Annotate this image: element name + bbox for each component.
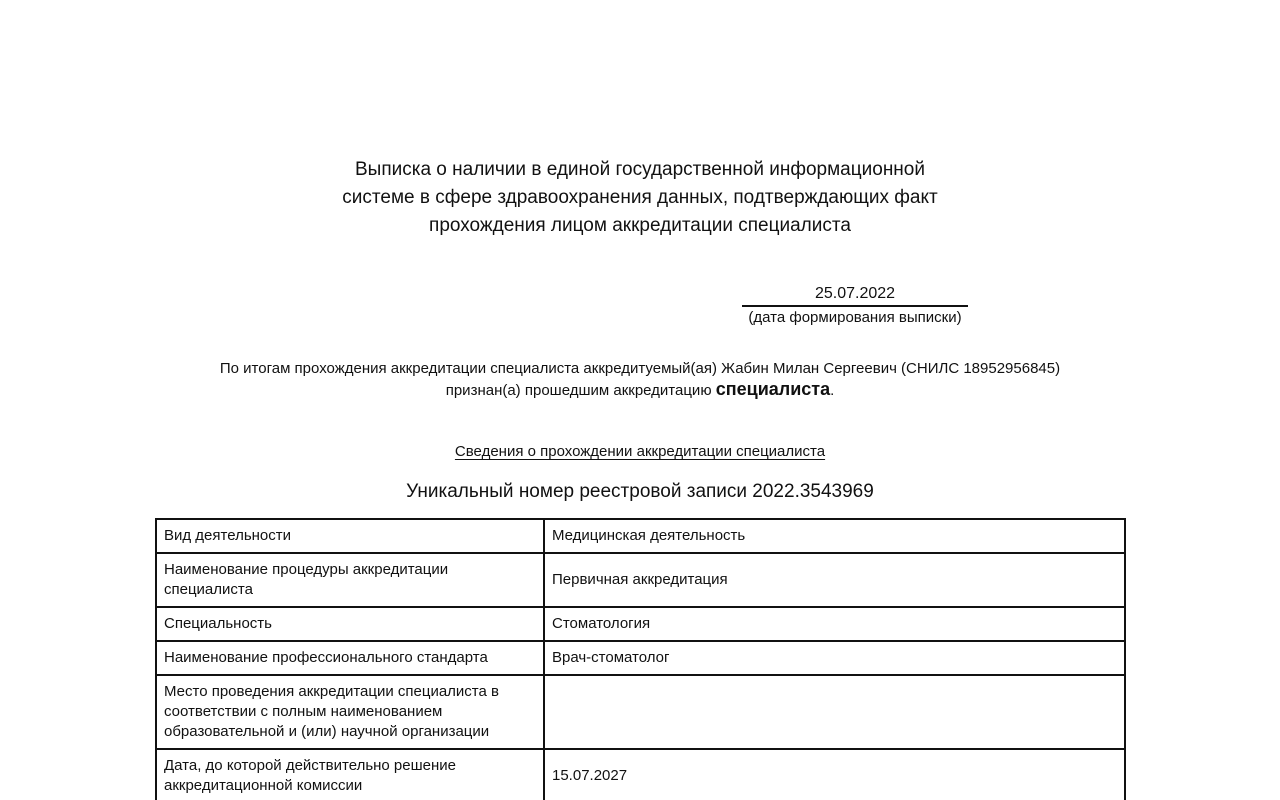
table-row: Специальность Стоматология: [156, 607, 1125, 641]
document-title-line: системе в сфере здравоохранения данных, …: [0, 184, 1280, 212]
row-value: Стоматология: [544, 607, 1125, 641]
row-value: Первичная аккредитация: [544, 553, 1125, 607]
registry-number: Уникальный номер реестровой записи 2022.…: [0, 480, 1280, 504]
row-value: 15.07.2027: [544, 749, 1125, 800]
table-row: Наименование процедуры аккредитации спец…: [156, 553, 1125, 607]
row-label: Наименование процедуры аккредитации спец…: [156, 553, 544, 607]
result-line-2-emphasis: специалиста: [716, 379, 830, 399]
section-heading-text: Сведения о прохождении аккредитации спец…: [455, 443, 825, 460]
accreditation-result-statement: По итогам прохождения аккредитации специ…: [0, 358, 1280, 401]
result-line-1: По итогам прохождения аккредитации специ…: [0, 358, 1280, 379]
table-row: Вид деятельности Медицинская деятельност…: [156, 519, 1125, 553]
result-line-2-suffix: .: [830, 382, 834, 399]
section-heading: Сведения о прохождении аккредитации спец…: [0, 442, 1280, 462]
row-label: Место проведения аккредитации специалист…: [156, 675, 544, 749]
formation-date-block: 25.07.2022 (дата формирования выписки): [738, 284, 972, 328]
result-line-2-prefix: признан(а) прошедшим аккредитацию: [446, 382, 716, 399]
row-label: Наименование профессионального стандарта: [156, 641, 544, 675]
document-title-line: прохождения лицом аккредитации специалис…: [0, 212, 1280, 240]
row-value: [544, 675, 1125, 749]
formation-date-caption: (дата формирования выписки): [738, 308, 972, 328]
document-title-line: Выписка о наличии в единой государственн…: [0, 156, 1280, 184]
result-line-2: признан(а) прошедшим аккредитацию специа…: [0, 379, 1280, 401]
row-label: Дата, до которой действительно решение а…: [156, 749, 544, 800]
row-label: Специальность: [156, 607, 544, 641]
row-value: Врач-стоматолог: [544, 641, 1125, 675]
formation-date: 25.07.2022: [742, 284, 968, 307]
row-value: Медицинская деятельность: [544, 519, 1125, 553]
table-row: Наименование профессионального стандарта…: [156, 641, 1125, 675]
document-title: Выписка о наличии в единой государственн…: [0, 156, 1280, 240]
table-row: Дата, до которой действительно решение а…: [156, 749, 1125, 800]
accreditation-details-table: Вид деятельности Медицинская деятельност…: [155, 518, 1126, 800]
row-label: Вид деятельности: [156, 519, 544, 553]
table-row: Место проведения аккредитации специалист…: [156, 675, 1125, 749]
